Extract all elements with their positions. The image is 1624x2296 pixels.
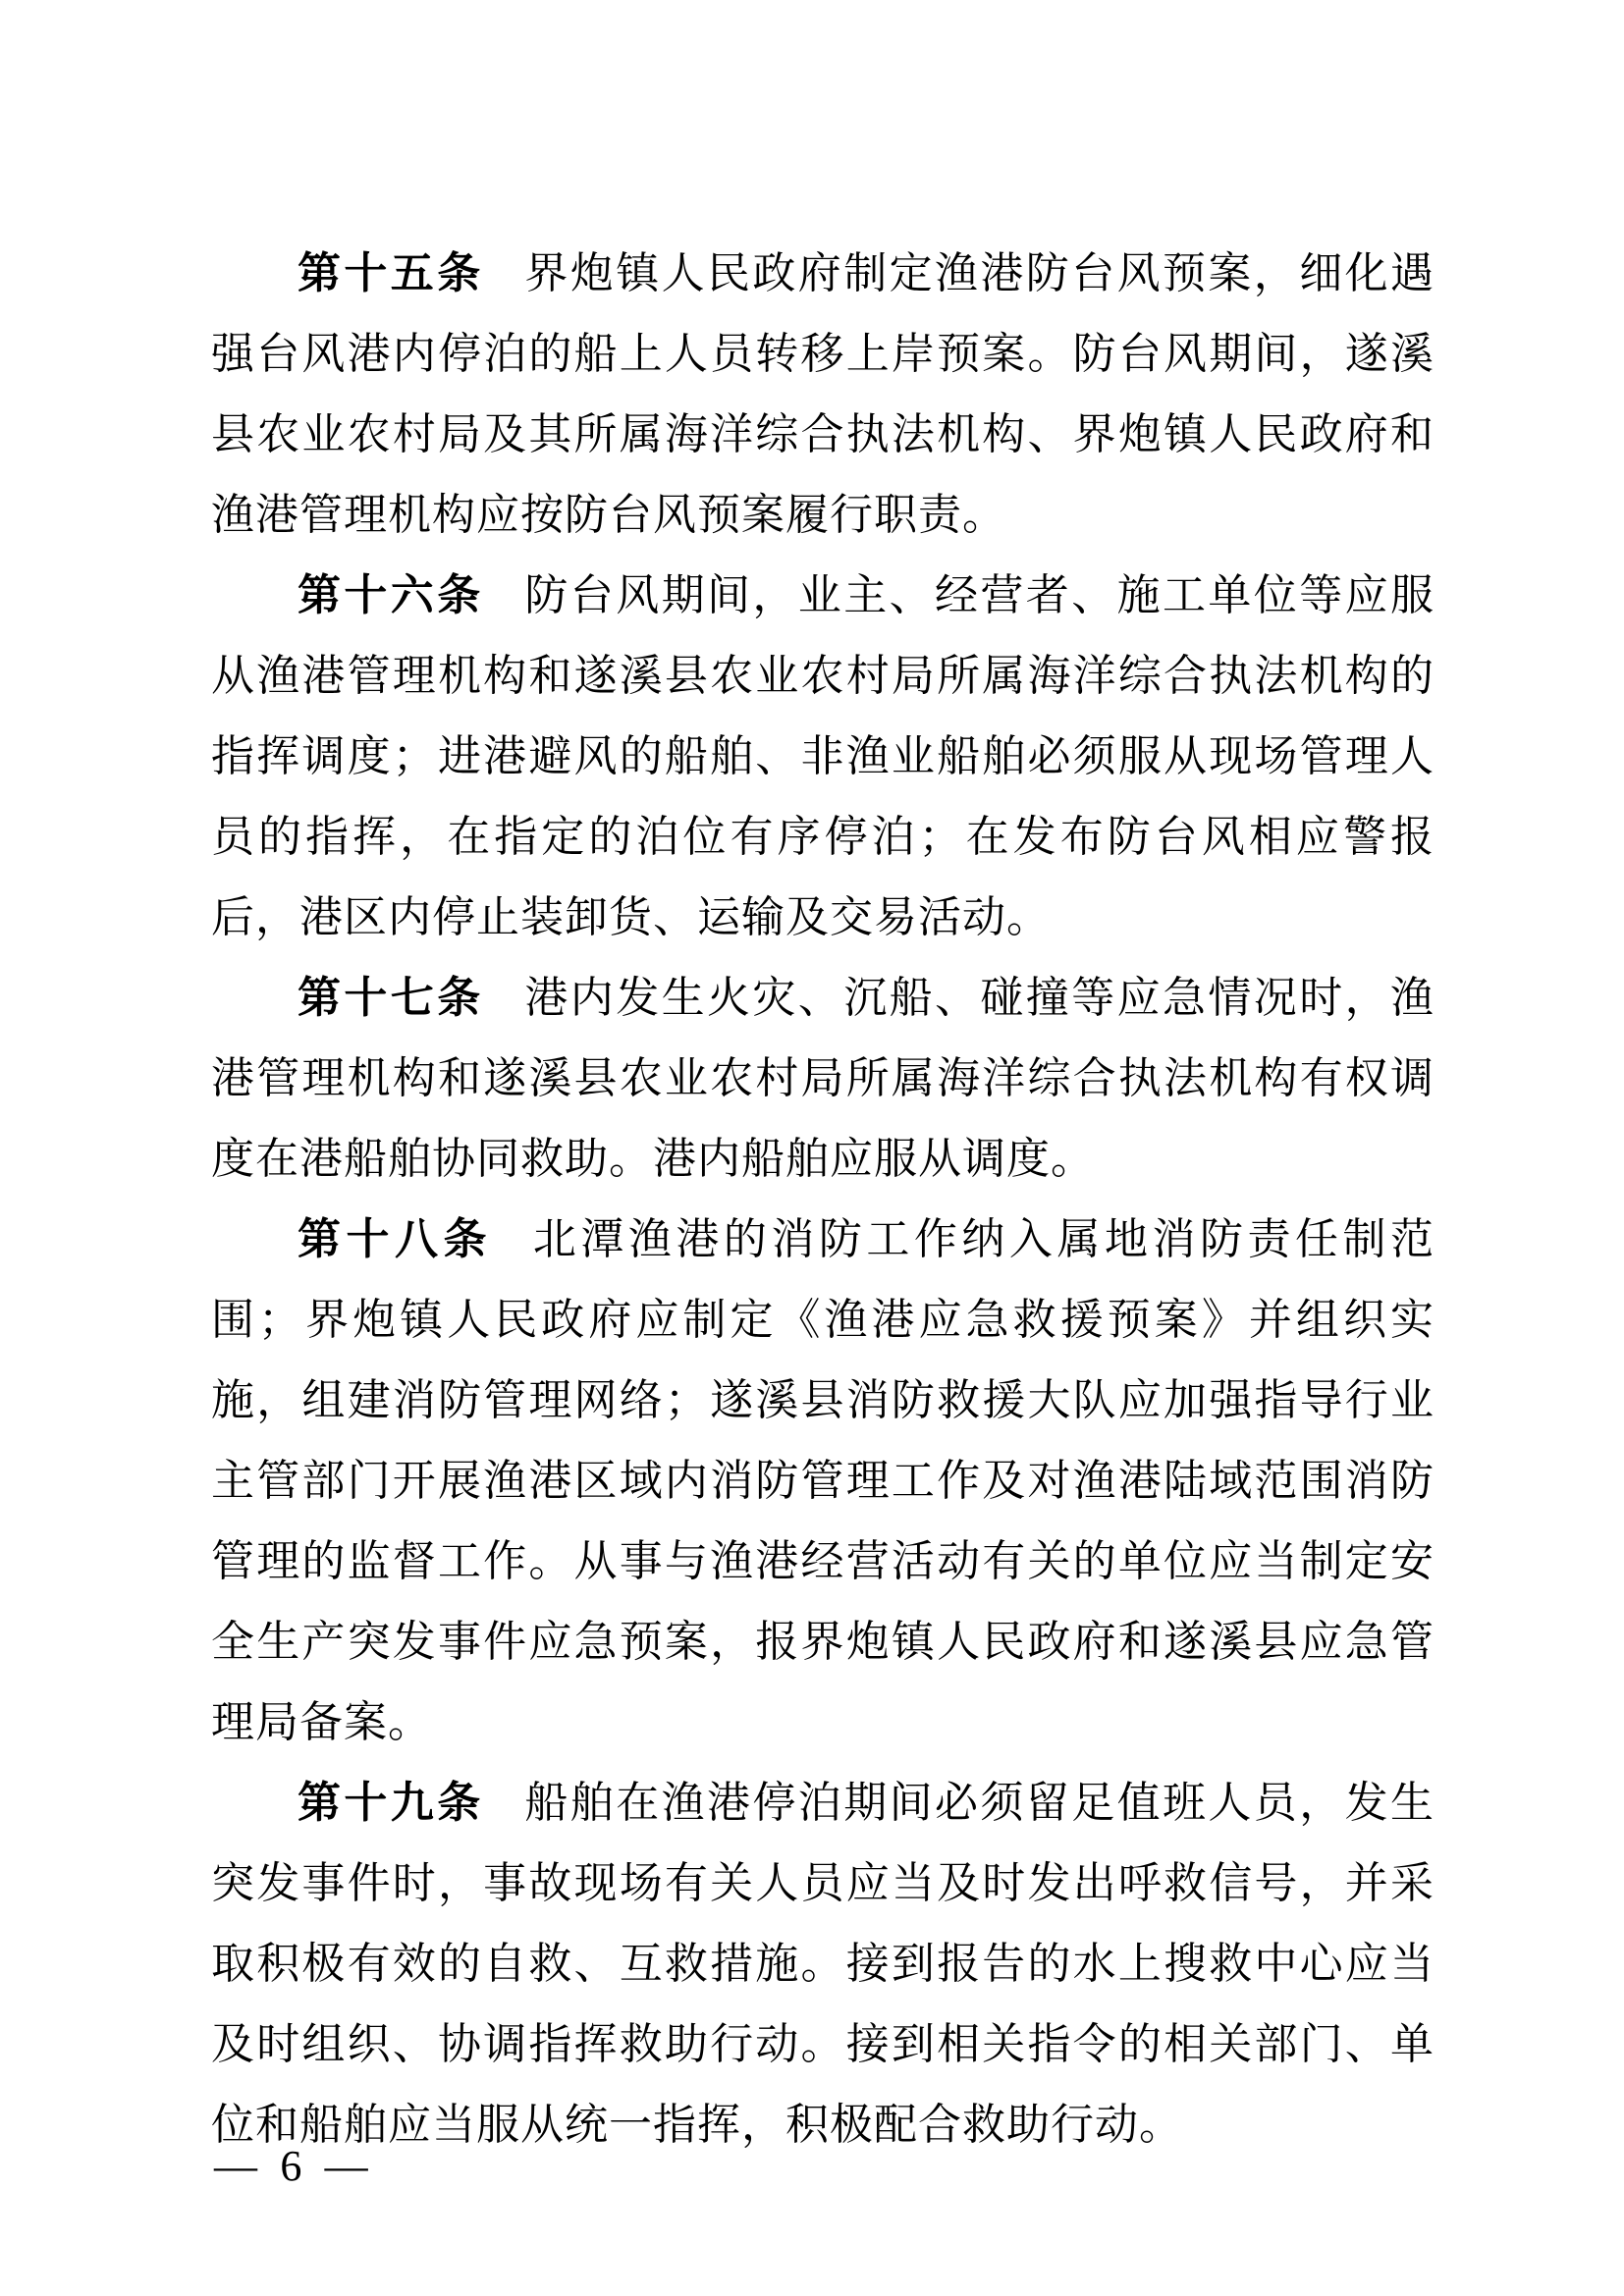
document-body: 第十五条界炮镇人民政府制定渔港防台风预案，细化遇强台风港内停泊的船上人员转移上岸… <box>211 234 1435 2165</box>
article-text: 船舶在渔港停泊期间必须留足值班人员，发生突发事件时，事故现场有关人员应当及时发出… <box>211 1779 1435 2149</box>
article-paragraph: 第十七条港内发生火灾、沉船、碰撞等应急情况时，渔港管理机构和遂溪县农业农村局所属… <box>211 958 1435 1200</box>
article-paragraph: 第十九条船舶在渔港停泊期间必须留足值班人员，发生突发事件时，事故现场有关人员应当… <box>211 1763 1435 2165</box>
article-number-label: 第十七条 <box>298 974 484 1022</box>
article-number-label: 第十九条 <box>298 1779 484 1827</box>
article-number-label: 第十八条 <box>298 1215 492 1263</box>
article-text: 防台风期间，业主、经营者、施工单位等应服从渔港管理机构和遂溪县农业农村局所属海洋… <box>211 571 1435 941</box>
page-number: — 6 — <box>214 2142 374 2191</box>
article-paragraph: 第十六条防台风期间，业主、经营者、施工单位等应服从渔港管理机构和遂溪县农业农村局… <box>211 556 1435 958</box>
document-page: 第十五条界炮镇人民政府制定渔港防台风预案，细化遇强台风港内停泊的船上人员转移上岸… <box>0 0 1624 2296</box>
article-number-label: 第十六条 <box>298 571 484 619</box>
article-number-label: 第十五条 <box>298 249 484 297</box>
article-paragraph: 第十五条界炮镇人民政府制定渔港防台风预案，细化遇强台风港内停泊的船上人员转移上岸… <box>211 234 1435 556</box>
article-paragraph: 第十八条北潭渔港的消防工作纳入属地消防责任制范围；界炮镇人民政府应制定《渔港应急… <box>211 1200 1435 1763</box>
article-text: 北潭渔港的消防工作纳入属地消防责任制范围；界炮镇人民政府应制定《渔港应急救援预案… <box>211 1215 1435 1746</box>
